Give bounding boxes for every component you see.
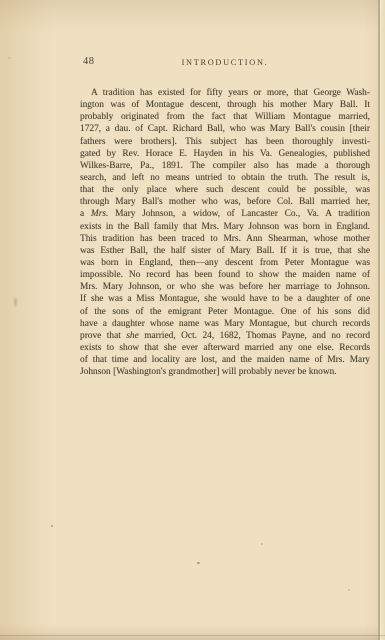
text-line: of the sons of the emigrant Peter Montag…	[80, 306, 370, 318]
text-line: ington was of Montague descent, through …	[80, 99, 370, 111]
text-line: exists in the Ball family that Mrs. Mary…	[80, 221, 370, 233]
text-line: Johnson [Washington's grandmother] will …	[80, 366, 370, 378]
page-bottom-edge	[0, 635, 385, 636]
text-line: search, and left no means untried to obt…	[80, 172, 370, 184]
text-line: exists to show that she ever afterward m…	[80, 342, 370, 354]
text-line: was born in England, then—any descent fr…	[80, 257, 370, 269]
scan-smudge	[13, 296, 18, 308]
scan-speck	[8, 57, 11, 59]
running-header-title: INTRODUCTION.	[80, 58, 370, 67]
page-right-edge	[378, 0, 380, 640]
text-line: a Mrs. Mary Johnson, a widow, of Lancast…	[80, 208, 370, 220]
scan-speck	[51, 525, 53, 527]
text-line: through Mary Ball's mother who was, befo…	[80, 196, 370, 208]
scan-speck	[197, 562, 200, 564]
text-line: gated by Rev. Horace E. Hayden in his Va…	[80, 148, 370, 160]
scanned-book-page: 48 INTRODUCTION. A tradition has existed…	[0, 0, 385, 640]
text-line: impossible. No record has been found to …	[80, 269, 370, 281]
text-line: If she was a Miss Montague, she would ha…	[80, 293, 370, 305]
page-right-outer-edge	[380, 0, 385, 640]
text-line: was Esther Ball, the half sister of Mary…	[80, 245, 370, 257]
scan-speck	[261, 543, 263, 545]
running-head: 48 INTRODUCTION.	[80, 56, 370, 70]
text-line: Mrs. Mary Johnson, or who she was before…	[80, 281, 370, 293]
scan-speck	[348, 589, 350, 591]
main-paragraph: A tradition has existed for fifty years …	[80, 87, 370, 378]
text-line: prove that she married, Oct. 24, 1682, T…	[80, 330, 370, 342]
text-line: have a daughter whose name was Mary Mont…	[80, 318, 370, 330]
text-line: of that time and locality are lost, and …	[80, 354, 370, 366]
text-line: probably originated from the fact that W…	[80, 111, 370, 123]
text-line: Wilkes-Barre, Pa., 1891. The compiler al…	[80, 160, 370, 172]
text-line: fathers were brothers]. This subject has…	[80, 136, 370, 148]
text-line: This tradition has been traced to Mrs. A…	[80, 233, 370, 245]
text-line: 1727, a dau. of Capt. Richard Ball, who …	[80, 123, 370, 135]
text-line: that the only place where such descent c…	[80, 184, 370, 196]
text-line: A tradition has existed for fifty years …	[80, 87, 370, 99]
